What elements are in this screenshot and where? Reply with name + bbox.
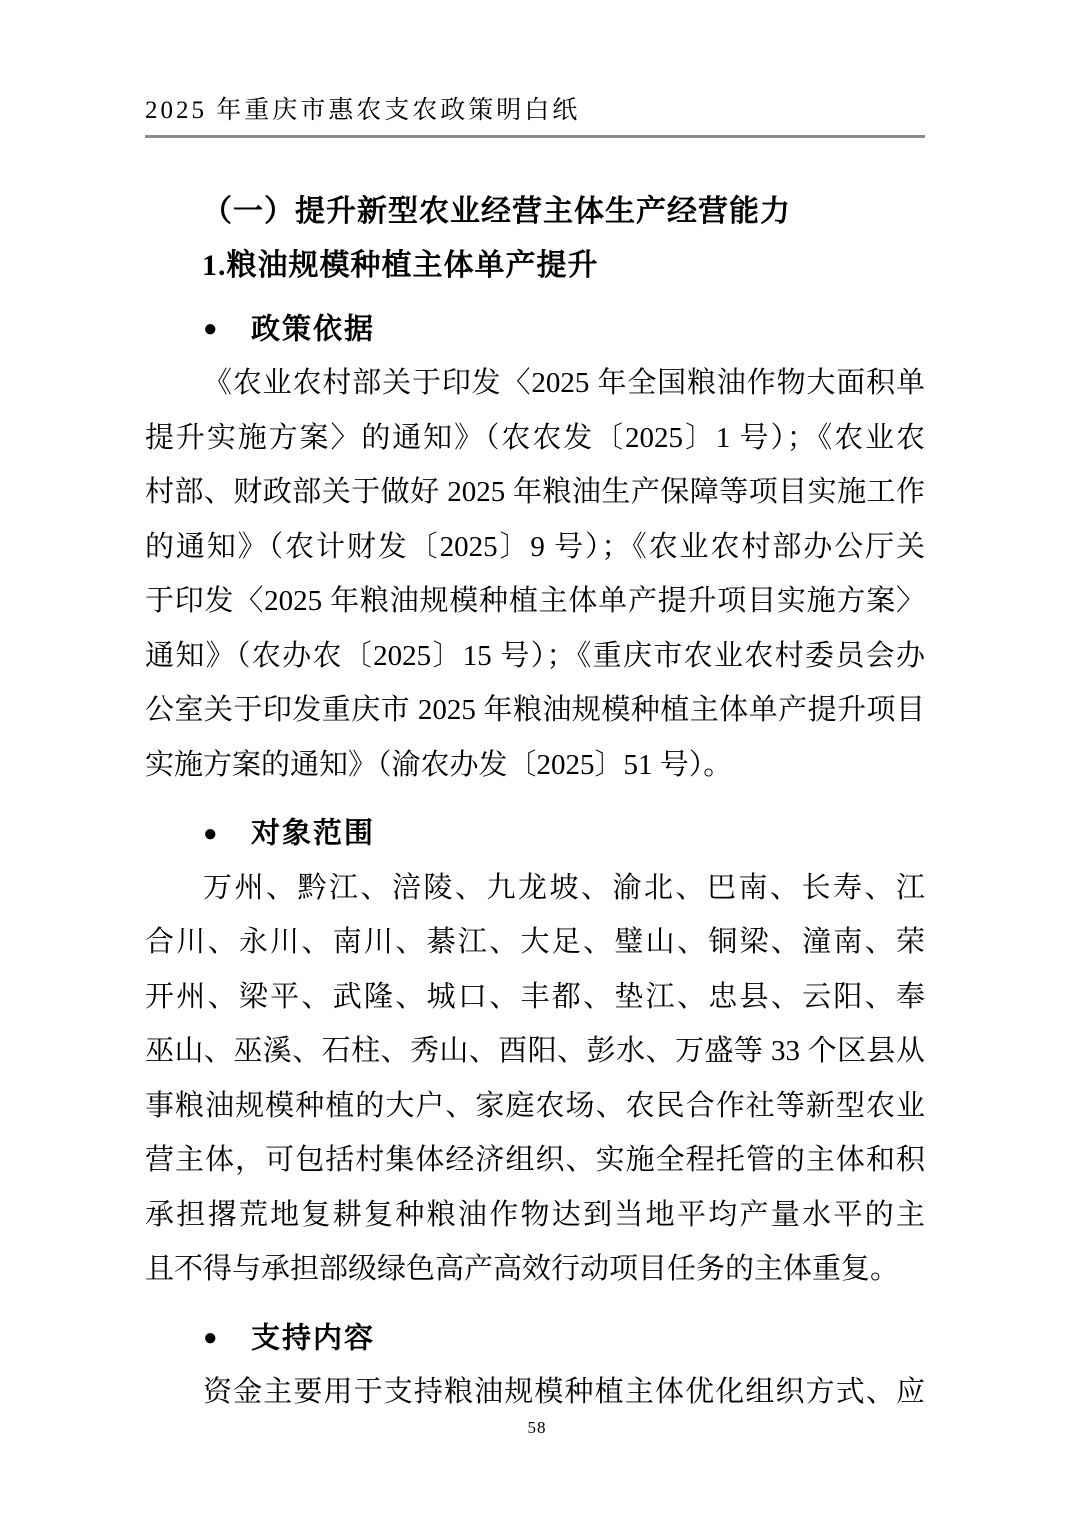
paragraph-line: 且不得与承担部级绿色高产高效行动项目任务的主体重复。 xyxy=(145,1242,925,1297)
paragraph-line: 万州、黔江、涪陵、九龙坡、渝北、巴南、长寿、江津、 xyxy=(145,861,925,916)
bullet-icon: ● xyxy=(203,815,251,853)
subsection-heading: 1.粮油规模种植主体单产提升 xyxy=(145,244,925,288)
paragraph-line: 资金主要用于支持粮油规模种植主体优化组织方式、应用 xyxy=(145,1365,925,1420)
bullet-heading: ●政策依据 xyxy=(145,310,925,348)
document-body: （一）提升新型农业经营主体生产经营能力 1.粮油规模种植主体单产提升 ●政策依据… xyxy=(145,190,925,1419)
paragraph-line: 提升实施方案〉的通知》（农农发〔2025〕1 号）；《农业农 xyxy=(145,411,925,466)
paragraph-line: 的通知》（农计财发〔2025〕9 号）；《农业农村部办公厅关 xyxy=(145,520,925,575)
document-header-title: 2025 年重庆市惠农支农政策明白纸 xyxy=(145,96,925,126)
paragraph-line: 合川、永川、南川、綦江、大足、璧山、铜梁、潼南、荣昌、 xyxy=(145,915,925,970)
bullet-label: 支持内容 xyxy=(251,1322,375,1354)
paragraph-line: 公室关于印发重庆市 2025 年粮油规模种植主体单产提升项目 xyxy=(145,683,925,738)
bullet-icon: ● xyxy=(203,1319,251,1357)
paragraph: 《农业农村部关于印发〈2025 年全国粮油作物大面积单产提升实施方案〉的通知》（… xyxy=(145,356,925,792)
paragraph-line: 开州、梁平、武隆、城口、丰都、垫江、忠县、云阳、奉节、 xyxy=(145,970,925,1025)
bullet-label: 对象范围 xyxy=(251,818,375,850)
paragraph-line: 村部、财政部关于做好 2025 年粮油生产保障等项目实施工作 xyxy=(145,465,925,520)
paragraph-line: 营主体，可包括村集体经济组织、实施全程托管的主体和积极 xyxy=(145,1133,925,1188)
paragraph-line: 事粮油规模种植的大户、家庭农场、农民合作社等新型农业经 xyxy=(145,1079,925,1134)
document-header: 2025 年重庆市惠农支农政策明白纸 xyxy=(145,96,925,138)
document-footer: 58 xyxy=(0,1418,1074,1438)
paragraph-line: 通知》（农办农〔2025〕15 号）；《重庆市农业农村委员会办 xyxy=(145,629,925,684)
paragraph-line: 巫山、巫溪、石柱、秀山、酉阳、彭水、万盛等 33 个区县从 xyxy=(145,1024,925,1079)
paragraph: 万州、黔江、涪陵、九龙坡、渝北、巴南、长寿、江津、合川、永川、南川、綦江、大足、… xyxy=(145,861,925,1297)
paragraph-line: 承担撂荒地复耕复种粮油作物达到当地平均产量水平的主体， xyxy=(145,1188,925,1243)
bullet-label: 政策依据 xyxy=(251,313,375,345)
bullet-heading: ●对象范围 xyxy=(145,814,925,852)
section-heading: （一）提升新型农业经营主体生产经营能力 xyxy=(145,190,925,234)
bullet-icon: ● xyxy=(203,310,251,348)
paragraph: 资金主要用于支持粮油规模种植主体优化组织方式、应用 xyxy=(145,1365,925,1420)
document-page: 2025 年重庆市惠农支农政策明白纸 （一）提升新型农业经营主体生产经营能力 1… xyxy=(0,0,1074,1520)
paragraph-line: 实施方案的通知》（渝农办发〔2025〕51 号）。 xyxy=(145,738,925,793)
bullet-heading: ●支持内容 xyxy=(145,1319,925,1357)
page-number: 58 xyxy=(528,1418,547,1437)
paragraph-line: 于印发〈2025 年粮油规模种植主体单产提升项目实施方案〉的 xyxy=(145,574,925,629)
paragraph-line: 《农业农村部关于印发〈2025 年全国粮油作物大面积单产 xyxy=(145,356,925,411)
sections-container: ●政策依据《农业农村部关于印发〈2025 年全国粮油作物大面积单产提升实施方案〉… xyxy=(145,310,925,1419)
